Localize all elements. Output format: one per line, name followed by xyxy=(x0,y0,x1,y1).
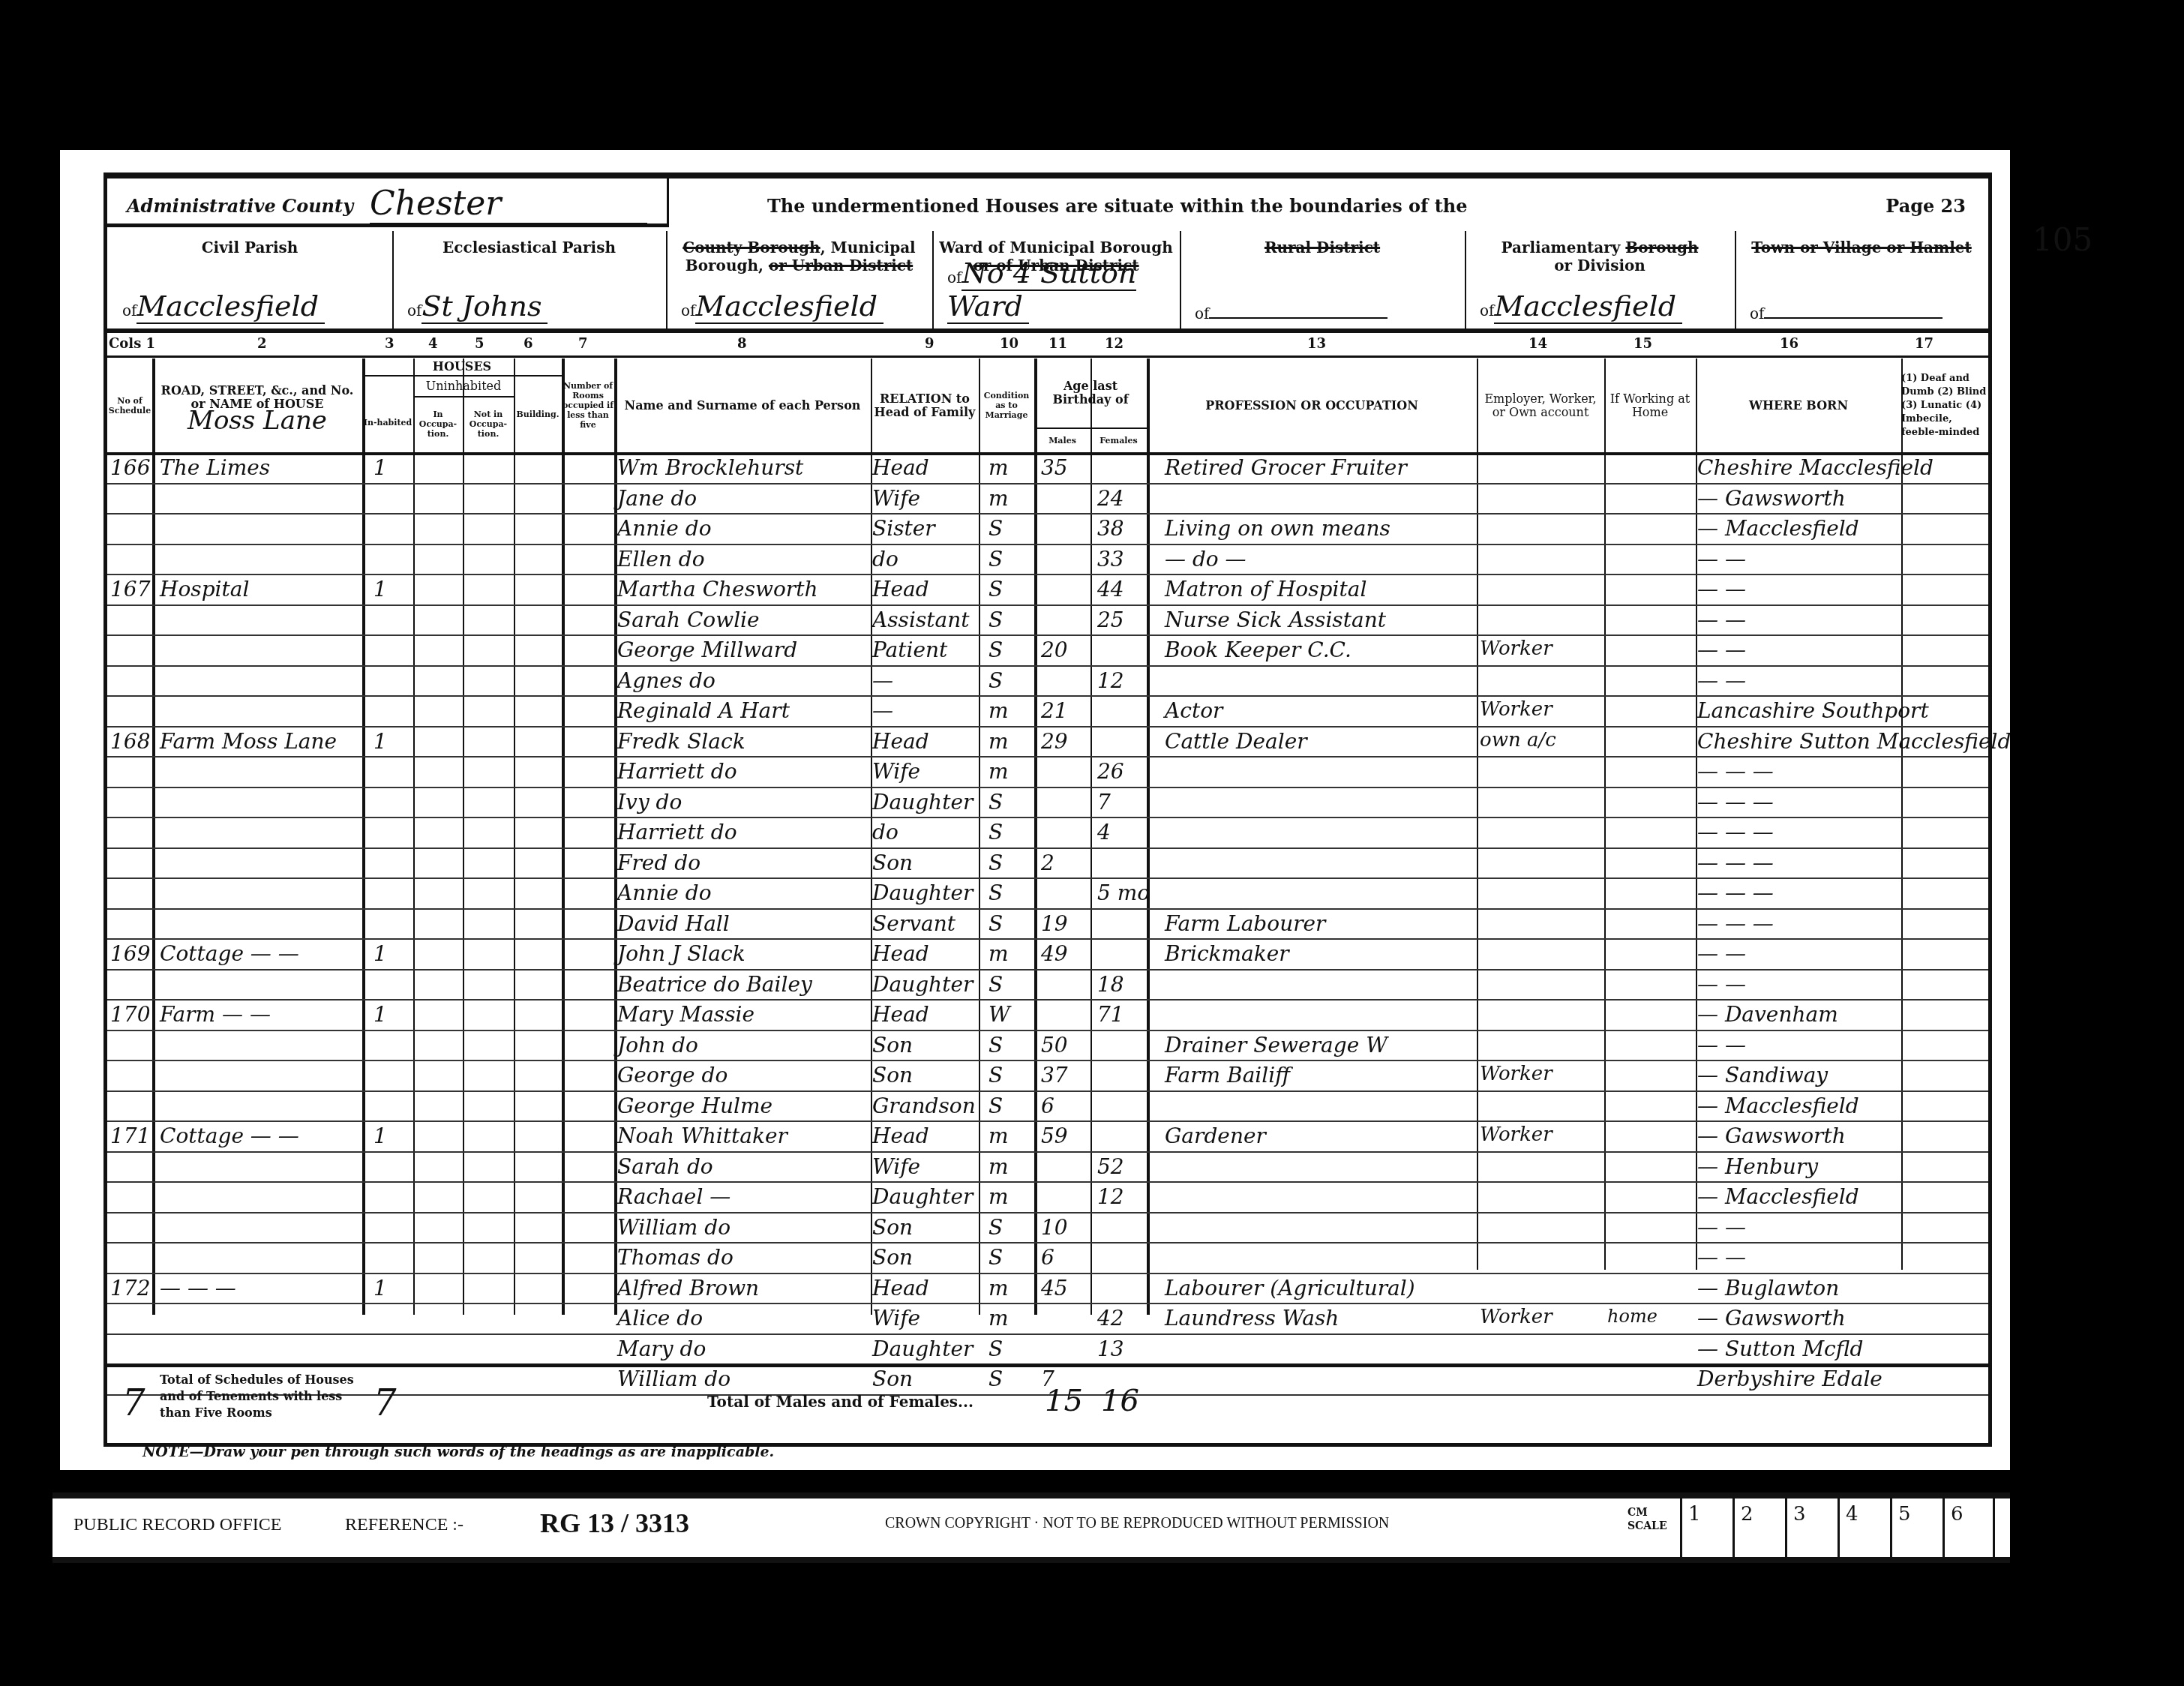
census-row: 168Farm Moss Lane1Fredk SlackHeadm29Catt… xyxy=(107,726,1988,758)
of-label: of xyxy=(1480,301,1494,319)
borough-label-struck: County Borough xyxy=(682,238,820,256)
census-row: David HallServantS19Farm Labourer— — — xyxy=(107,908,1988,940)
boundaries-row: Civil Parish ofMacclesfield Ecclesiastic… xyxy=(107,231,1988,333)
cell-name: Rachael — xyxy=(617,1184,730,1209)
rural-district-label: Rural District xyxy=(1180,238,1465,256)
scale-cell: 5 xyxy=(1890,1498,1942,1557)
cell-cond: S xyxy=(988,972,1003,997)
cell-name: Jane do xyxy=(617,486,697,511)
cell-cond: m xyxy=(988,1123,1009,1148)
header-females: Females xyxy=(1090,429,1148,452)
cell-rel: Head xyxy=(872,455,929,480)
cell-cond: S xyxy=(988,1336,1003,1361)
cell-occ: Drainer Sewerage W xyxy=(1165,1033,1387,1057)
cell-name: Ivy do xyxy=(617,790,682,814)
borough-cell: County Borough, Municipal Borough, or Ur… xyxy=(666,231,934,328)
cell-cond: m xyxy=(988,1276,1009,1300)
total-houses-inhabited: 7 xyxy=(373,1382,397,1424)
cell-occ: Retired Grocer Fruiter xyxy=(1165,455,1407,480)
cell-born: — Gawsworth xyxy=(1697,1306,1846,1330)
cell-emp: Worker xyxy=(1480,637,1552,660)
cell-born: Cheshire Macclesfield xyxy=(1697,455,1933,480)
cell-cond: S xyxy=(988,577,1003,601)
cell-sched: 166 xyxy=(110,455,150,480)
cell-born: — — — xyxy=(1697,880,1774,905)
cell-male: 6 xyxy=(1041,1093,1054,1118)
header-males: Males xyxy=(1034,429,1092,452)
cell-inh: 1 xyxy=(373,1276,387,1300)
cell-occ: Brickmaker xyxy=(1165,941,1289,966)
cell-cond: W xyxy=(988,1002,1010,1027)
cell-house: The Limes xyxy=(160,455,270,480)
header-rooms: Number of Rooms occupied if less than fi… xyxy=(562,358,616,452)
cell-born: — Buglawton xyxy=(1697,1276,1839,1300)
cell-name: Fredk Slack xyxy=(617,729,745,754)
cell-home: home xyxy=(1607,1306,1657,1327)
cell-name: Harriett do xyxy=(617,759,737,784)
cell-name: Reginald A Hart xyxy=(617,698,790,723)
cell-born: — — xyxy=(1697,577,1746,601)
cell-cond: S xyxy=(988,820,1003,844)
census-row: 172— — —1Alfred BrownHeadm45Labourer (Ag… xyxy=(107,1273,1988,1305)
col-number: 9 xyxy=(925,336,934,352)
cell-born: — — xyxy=(1697,1215,1746,1240)
cell-born: Lancashire Southport xyxy=(1697,698,1929,723)
cell-rel: Son xyxy=(872,1245,913,1270)
cell-rel: Son xyxy=(872,850,913,875)
town-value xyxy=(1764,317,1942,319)
cell-male: 49 xyxy=(1041,941,1068,966)
cell-rel: — xyxy=(872,668,893,693)
folio-number: 105 xyxy=(2032,221,2092,258)
cell-born: — Macclesfield xyxy=(1697,1093,1859,1118)
cell-born: — Macclesfield xyxy=(1697,1184,1859,1209)
cell-inh: 1 xyxy=(373,941,387,966)
cell-male: 45 xyxy=(1041,1276,1068,1300)
census-row: Harriett dodoS4— — — xyxy=(107,817,1988,849)
total-males-females-label: Total of Males and of Females... xyxy=(707,1393,973,1411)
census-row: Beatrice do BaileyDaughterS18— — xyxy=(107,969,1988,1001)
header-uninhabited: Uninhabited xyxy=(413,376,515,397)
civil-parish-label: Civil Parish xyxy=(107,238,392,256)
cell-cond: S xyxy=(988,1063,1003,1087)
col-number: 13 xyxy=(1307,336,1326,352)
cell-rel: Head xyxy=(872,729,929,754)
cell-rel: Servant xyxy=(872,911,955,936)
cell-occ: Labourer (Agricultural) xyxy=(1165,1276,1415,1300)
cell-born: — — xyxy=(1697,941,1746,966)
col-number: 10 xyxy=(1000,336,1018,352)
office-label: PUBLIC RECORD OFFICE xyxy=(73,1515,281,1535)
census-row: Annie doSisterS38Living on own means— Ma… xyxy=(107,513,1988,545)
cell-name: Agnes do xyxy=(617,668,715,693)
cell-cond: S xyxy=(988,790,1003,814)
cell-female: 25 xyxy=(1097,607,1124,632)
parliamentary-label-struck: Borough xyxy=(1625,238,1698,256)
copyright-text: CROWN COPYRIGHT · NOT TO BE REPRODUCED W… xyxy=(885,1515,1389,1532)
cell-female: 12 xyxy=(1097,1184,1124,1209)
census-row: 169Cottage — —1John J SlackHeadm49Brickm… xyxy=(107,938,1988,970)
census-row: Thomas doSonS6— — xyxy=(107,1242,1988,1274)
cell-house: Cottage — — xyxy=(160,1123,299,1148)
column-numbers-row: Cols 1 2 3 4 5 6 7 8 9 10 11 12 13 14 15… xyxy=(107,333,1988,358)
col-number: 2 xyxy=(257,336,267,352)
cell-cond: S xyxy=(988,880,1003,905)
cell-male: 35 xyxy=(1041,455,1068,480)
header-condition: Condition as to Marriage xyxy=(979,358,1036,452)
form-note: NOTE—Draw your pen through such words of… xyxy=(142,1444,774,1460)
cell-name: Mary do xyxy=(617,1336,706,1361)
cell-cond: S xyxy=(988,1215,1003,1240)
borough-value: Macclesfield xyxy=(695,289,883,324)
cell-name: Annie do xyxy=(617,880,712,905)
reference-label: REFERENCE :- xyxy=(345,1515,463,1535)
cell-born: — — xyxy=(1697,637,1746,662)
total-females: 16 xyxy=(1101,1384,1139,1418)
cell-born: — — xyxy=(1697,1033,1746,1057)
cell-sched: 167 xyxy=(110,577,150,601)
cell-name: Sarah do xyxy=(617,1154,713,1179)
cell-male: 21 xyxy=(1041,698,1068,723)
census-row: William doSonS10— — xyxy=(107,1212,1988,1244)
cell-born: — Sandiway xyxy=(1697,1063,1828,1087)
col-number: 14 xyxy=(1528,336,1547,352)
admin-county-value: Chester xyxy=(370,184,647,224)
boundaries-text: The undermentioned Houses are situate wi… xyxy=(767,195,1468,217)
cell-cond: S xyxy=(988,547,1003,571)
cell-sched: 170 xyxy=(110,1002,150,1027)
cell-rel: Head xyxy=(872,577,929,601)
cell-cond: S xyxy=(988,850,1003,875)
cell-female: 26 xyxy=(1097,759,1124,784)
cell-occ: Farm Labourer xyxy=(1165,911,1326,936)
cell-rel: Head xyxy=(872,1002,929,1027)
scale-cell: 3 xyxy=(1785,1498,1837,1557)
administrative-county-box: Administrative County Chester xyxy=(107,178,669,227)
cell-name: Harriett do xyxy=(617,820,737,844)
census-row: George HulmeGrandsonS6— Macclesfield xyxy=(107,1090,1988,1123)
cell-inh: 1 xyxy=(373,577,387,601)
scale-label: CM SCALE xyxy=(1627,1498,1680,1557)
cell-cond: S xyxy=(988,1093,1003,1118)
cell-born: — Gawsworth xyxy=(1697,1123,1846,1148)
cell-female: 42 xyxy=(1097,1306,1124,1330)
col-number: 17 xyxy=(1915,336,1933,352)
cell-female: 18 xyxy=(1097,972,1124,997)
col-number: 15 xyxy=(1633,336,1652,352)
cell-cond: m xyxy=(988,729,1009,754)
census-row: Jane doWifem24— Gawsworth xyxy=(107,483,1988,515)
header-road: ROAD, STREET, &c., and No. or NAME of HO… xyxy=(152,358,364,452)
cell-sched: 172 xyxy=(110,1276,150,1300)
cell-female: 13 xyxy=(1097,1336,1124,1361)
town-cell: Town or Village or Hamlet of xyxy=(1735,231,1988,328)
parliamentary-label: Parliamentary xyxy=(1501,238,1620,256)
header-infirmity: (1) Deaf and Dumb (2) Blind (3) Lunatic … xyxy=(1901,358,1988,452)
cell-cond: S xyxy=(988,668,1003,693)
col-number: Cols 1 xyxy=(109,336,155,352)
cell-male: 10 xyxy=(1041,1215,1068,1240)
header-employer: Employer, Worker, or Own account xyxy=(1477,358,1606,452)
cell-female: 12 xyxy=(1097,668,1124,693)
of-label: of xyxy=(681,301,695,319)
cell-occ: Nurse Sick Assistant xyxy=(1165,607,1386,632)
census-row: John doSonS50Drainer Sewerage W— — xyxy=(107,1030,1988,1062)
totals-row: 7 Total of Schedules of Houses and of Te… xyxy=(107,1363,1988,1450)
cell-male: 19 xyxy=(1041,911,1068,936)
cell-born: — Sutton Mcfld xyxy=(1697,1336,1863,1361)
cell-rel: Assistant xyxy=(872,607,970,632)
cell-house: Cottage — — xyxy=(160,941,299,966)
cell-rel: do xyxy=(872,547,898,571)
cell-name: Beatrice do Bailey xyxy=(617,972,812,997)
cell-born: — Davenham xyxy=(1697,1002,1838,1027)
cell-rel: Wife xyxy=(872,759,920,784)
of-label: of xyxy=(1750,304,1764,322)
cell-female: 44 xyxy=(1097,577,1124,601)
cell-emp: own a/c xyxy=(1480,729,1556,751)
cell-rel: Head xyxy=(872,1123,929,1148)
reference-value: RG 13 / 3313 xyxy=(540,1507,689,1539)
cell-inh: 1 xyxy=(373,455,387,480)
cell-rel: Daughter xyxy=(872,972,973,997)
cell-rel: Daughter xyxy=(872,880,973,905)
cell-rel: Head xyxy=(872,1276,929,1300)
cell-born: — — — xyxy=(1697,820,1774,844)
cell-sched: 171 xyxy=(110,1123,150,1148)
parliamentary-value: Macclesfield xyxy=(1494,289,1682,324)
census-row: Agnes do—S12— — xyxy=(107,665,1988,697)
scale-cell: 2 xyxy=(1732,1498,1785,1557)
page-label: Page 23 xyxy=(1885,195,1966,217)
cell-occ: — do — xyxy=(1165,547,1246,571)
cell-male: 6 xyxy=(1041,1245,1054,1270)
census-row: Mary doDaughterS13— Sutton Mcfld xyxy=(107,1333,1988,1366)
census-row: 171Cottage — —1Noah WhittakerHeadm59Gard… xyxy=(107,1120,1988,1153)
header-relation: RELATION to Head of Family xyxy=(871,358,980,452)
cell-name: Wm Brocklehurst xyxy=(617,455,803,480)
census-row: 166The Limes1Wm BrocklehurstHeadm35Retir… xyxy=(107,452,1988,484)
scale-cell: 6 xyxy=(1942,1498,1995,1557)
cell-occ: Cattle Dealer xyxy=(1165,729,1307,754)
cell-rel: Daughter xyxy=(872,1184,973,1209)
header-schedule: No of Schedule xyxy=(107,358,154,452)
cell-cond: m xyxy=(988,941,1009,966)
cell-born: — Macclesfield xyxy=(1697,516,1859,541)
census-row: Annie doDaughterS5 mo— — — xyxy=(107,877,1988,910)
total-males: 15 xyxy=(1045,1384,1083,1418)
cell-rel: Patient xyxy=(872,637,947,662)
cell-born: Cheshire Sutton Macclesfield xyxy=(1697,729,2011,754)
parliamentary-label2: or Division xyxy=(1554,256,1645,274)
census-row: Sarah doWifem52— Henbury xyxy=(107,1151,1988,1183)
cell-cond: m xyxy=(988,1184,1009,1209)
col-number: 7 xyxy=(578,336,588,352)
col-number: 11 xyxy=(1048,336,1067,352)
cell-male: 2 xyxy=(1041,850,1054,875)
cell-male: 20 xyxy=(1041,637,1068,662)
cell-occ: Matron of Hospital xyxy=(1165,577,1366,601)
cell-occ: Gardener xyxy=(1165,1123,1266,1148)
ecclesiastical-parish-label: Ecclesiastical Parish xyxy=(392,238,666,256)
cell-male: 59 xyxy=(1041,1123,1068,1148)
cell-name: Fred do xyxy=(617,850,700,875)
census-row: George doSonS37Farm BailiffWorker— Sandi… xyxy=(107,1060,1988,1092)
cell-rel: Wife xyxy=(872,1154,920,1179)
cell-rel: Son xyxy=(872,1033,913,1057)
census-sheet: Administrative County Chester The underm… xyxy=(60,150,2010,1470)
cell-name: William do xyxy=(617,1215,730,1240)
cell-female: 5 mo xyxy=(1097,880,1150,905)
cell-name: George do xyxy=(617,1063,727,1087)
cell-name: Martha Chesworth xyxy=(617,577,818,601)
borough-label-struck2: or Urban District xyxy=(769,256,913,274)
cell-born: — — xyxy=(1697,668,1746,693)
parliamentary-cell: Parliamentary Boroughor Division ofMaccl… xyxy=(1465,231,1736,328)
civil-parish-value: Macclesfield xyxy=(136,289,325,324)
cell-rel: Wife xyxy=(872,1306,920,1330)
cell-male: 29 xyxy=(1041,729,1068,754)
cell-born: — — xyxy=(1697,972,1746,997)
cell-rel: Son xyxy=(872,1215,913,1240)
cell-name: John J Slack xyxy=(617,941,745,966)
cell-name: Alice do xyxy=(617,1306,703,1330)
of-label: of xyxy=(407,301,421,319)
ecclesiastical-parish-value: St Johns xyxy=(421,289,547,324)
cell-rel: Daughter xyxy=(872,1336,973,1361)
col-number: 6 xyxy=(523,336,533,352)
cell-rel: Head xyxy=(872,941,929,966)
cell-house: Farm Moss Lane xyxy=(160,729,337,754)
col-number: 5 xyxy=(475,336,484,352)
cell-rel: Wife xyxy=(872,486,920,511)
cell-female: 7 xyxy=(1097,790,1111,814)
cell-emp: Worker xyxy=(1480,1306,1552,1328)
cell-female: 4 xyxy=(1097,820,1111,844)
cell-rel: Son xyxy=(872,1063,913,1087)
cell-cond: S xyxy=(988,637,1003,662)
of-label: of xyxy=(1195,304,1209,322)
cell-cond: m xyxy=(988,1154,1009,1179)
cell-occ: Book Keeper C.C. xyxy=(1165,637,1351,662)
rural-district-cell: Rural District of xyxy=(1180,231,1466,328)
cell-occ: Laundress Wash xyxy=(1165,1306,1339,1330)
col-number: 12 xyxy=(1105,336,1123,352)
cell-name: Ellen do xyxy=(617,547,705,571)
cell-born: — — — xyxy=(1697,759,1774,784)
of-label: of xyxy=(122,301,136,319)
road-value: Moss Lane xyxy=(187,414,327,427)
ward-cell: Ward of Municipal Boroughor of Urban Dis… xyxy=(932,231,1181,328)
cell-male: 50 xyxy=(1041,1033,1068,1057)
header-where-born: WHERE BORN xyxy=(1696,358,1903,452)
cell-inh: 1 xyxy=(373,729,387,754)
ward-value: No 4 Sutton Ward xyxy=(947,256,1136,324)
scale-cell: 4 xyxy=(1837,1498,1890,1557)
cell-name: David Hall xyxy=(617,911,730,936)
column-headers: No of Schedule ROAD, STREET, &c., and No… xyxy=(107,358,1988,455)
reference-strip: PUBLIC RECORD OFFICE REFERENCE :- RG 13 … xyxy=(52,1492,2010,1563)
census-row: George MillwardPatientS20Book Keeper C.C… xyxy=(107,634,1988,667)
rural-district-value xyxy=(1209,317,1387,319)
cell-cond: m xyxy=(988,698,1009,723)
header-name: Name and Surname of each Person xyxy=(614,358,872,452)
cell-born: — — xyxy=(1697,547,1746,571)
cell-born: — — — xyxy=(1697,911,1774,936)
cell-emp: Worker xyxy=(1480,698,1552,721)
cell-female: 71 xyxy=(1097,1002,1124,1027)
cell-name: Sarah Cowlie xyxy=(617,607,760,632)
census-row: Sarah CowlieAssistantS25Nurse Sick Assis… xyxy=(107,604,1988,637)
cm-scale: CM SCALE 1 2 3 4 5 6 xyxy=(1627,1498,1995,1557)
cell-name: Annie do xyxy=(617,516,712,541)
census-row: Ellen dodoS33— do —— — xyxy=(107,544,1988,576)
census-row: Rachael —Daughterm12— Macclesfield xyxy=(107,1181,1988,1213)
cell-name: Alfred Brown xyxy=(617,1276,759,1300)
total-schedules: 7 xyxy=(122,1382,145,1424)
census-row: Harriett doWifem26— — — xyxy=(107,756,1988,788)
census-row: Reginald A Hart—m21ActorWorkerLancashire… xyxy=(107,695,1988,727)
cell-cond: S xyxy=(988,1245,1003,1270)
cell-inh: 1 xyxy=(373,1002,387,1027)
cell-born: — — xyxy=(1697,607,1746,632)
total-schedules-label: Total of Schedules of Houses and of Tene… xyxy=(160,1372,355,1421)
cell-sched: 169 xyxy=(110,941,150,966)
cell-name: Noah Whittaker xyxy=(617,1123,787,1148)
col-number: 4 xyxy=(428,336,438,352)
scale-cell: 1 xyxy=(1680,1498,1732,1557)
census-row: 167Hospital1Martha ChesworthHeadS44Matro… xyxy=(107,574,1988,606)
cell-name: Mary Massie xyxy=(617,1002,754,1027)
of-label: of xyxy=(947,268,961,286)
cell-rel: Daughter xyxy=(872,790,973,814)
cell-name: John do xyxy=(617,1033,698,1057)
census-row: Alice doWifem42Laundress WashWorkerhome—… xyxy=(107,1303,1988,1335)
cell-name: George Hulme xyxy=(617,1093,772,1118)
cell-name: Thomas do xyxy=(617,1245,733,1270)
cell-female: 52 xyxy=(1097,1154,1124,1179)
census-form-frame: Administrative County Chester The underm… xyxy=(103,172,1992,1447)
cell-house: — — — xyxy=(160,1276,236,1300)
cell-emp: Worker xyxy=(1480,1123,1552,1146)
admin-county-label: Administrative County xyxy=(127,195,353,217)
cell-house: Farm — — xyxy=(160,1002,271,1027)
cell-cond: S xyxy=(988,1033,1003,1057)
cell-rel: Sister xyxy=(872,516,935,541)
town-label: Town or Village or Hamlet xyxy=(1735,238,1988,256)
census-row: 170Farm — —1Mary MassieHeadW71— Davenham xyxy=(107,999,1988,1031)
header-occupation: PROFESSION OR OCCUPATION xyxy=(1147,358,1478,452)
cell-born: — — — xyxy=(1697,790,1774,814)
cell-inh: 1 xyxy=(373,1123,387,1148)
col-number: 8 xyxy=(737,336,747,352)
header-in-occupation: In Occupa-tion. xyxy=(413,396,464,452)
cell-sched: 168 xyxy=(110,729,150,754)
cell-cond: m xyxy=(988,759,1009,784)
header-not-in-occupation: Not in Occupa-tion. xyxy=(463,396,515,452)
civil-parish-cell: Civil Parish ofMacclesfield xyxy=(107,231,394,328)
cell-born: — Gawsworth xyxy=(1697,486,1846,511)
cell-cond: S xyxy=(988,911,1003,936)
cell-born: — — xyxy=(1697,1245,1746,1270)
census-row: Ivy doDaughterS7— — — xyxy=(107,787,1988,819)
census-row: Fred doSonS2— — — xyxy=(107,847,1988,880)
cell-rel: Grandson xyxy=(872,1093,976,1118)
header-building: Building. xyxy=(514,376,563,452)
cell-rel: — xyxy=(872,698,893,723)
cell-occ: Actor xyxy=(1165,698,1222,723)
cell-occ: Farm Bailiff xyxy=(1165,1063,1290,1087)
